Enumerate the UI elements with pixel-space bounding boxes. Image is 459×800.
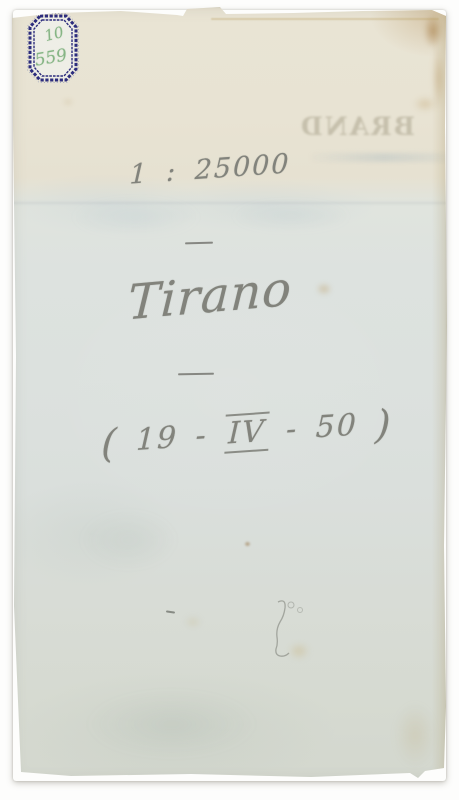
foxing-spot [60,96,76,108]
bottom-right-toning [389,694,441,776]
date-month-roman: IV [225,412,270,454]
corner-stain [420,8,446,54]
top-edge-stain-line [211,18,439,20]
date-day: 19 - [135,418,208,458]
handwritten-dash-2 [178,373,214,376]
small-pencil-mark [166,610,175,613]
showthrough-smudge [311,153,456,162]
photo-background: BRAND 10 559 1 : 25000 Tirano ( 19 - IV … [0,0,459,800]
mirrored-showthrough-text: BRAND [292,112,422,141]
date-year: - 50 [286,407,359,447]
scribble-loop [298,608,303,613]
handwritten-scale: 1 : 25000 [100,146,321,192]
map-cover-paper: BRAND 10 559 1 : 25000 Tirano ( 19 - IV … [11,6,448,783]
faint-pencil-scribble [240,596,315,658]
corner-stain [410,94,440,114]
showthrough-blob [66,504,191,576]
handwritten-date: ( 19 - IV - 50 ) [101,406,342,468]
showthrough-blob [51,194,221,240]
foxing-spot [243,540,252,548]
scribble-loop [288,602,294,608]
showthrough-blob [59,682,284,766]
foxing-spot [182,614,204,630]
paper-band-edge [11,202,448,204]
corner-stain [431,36,447,120]
scribble-stroke [276,601,289,656]
date-close-paren: ) [374,402,393,448]
collection-stamp: 10 559 [27,13,79,83]
handwritten-title: Tirano [94,258,326,335]
handwritten-dash-1 [185,242,213,245]
date-open-paren: ( [101,421,120,467]
